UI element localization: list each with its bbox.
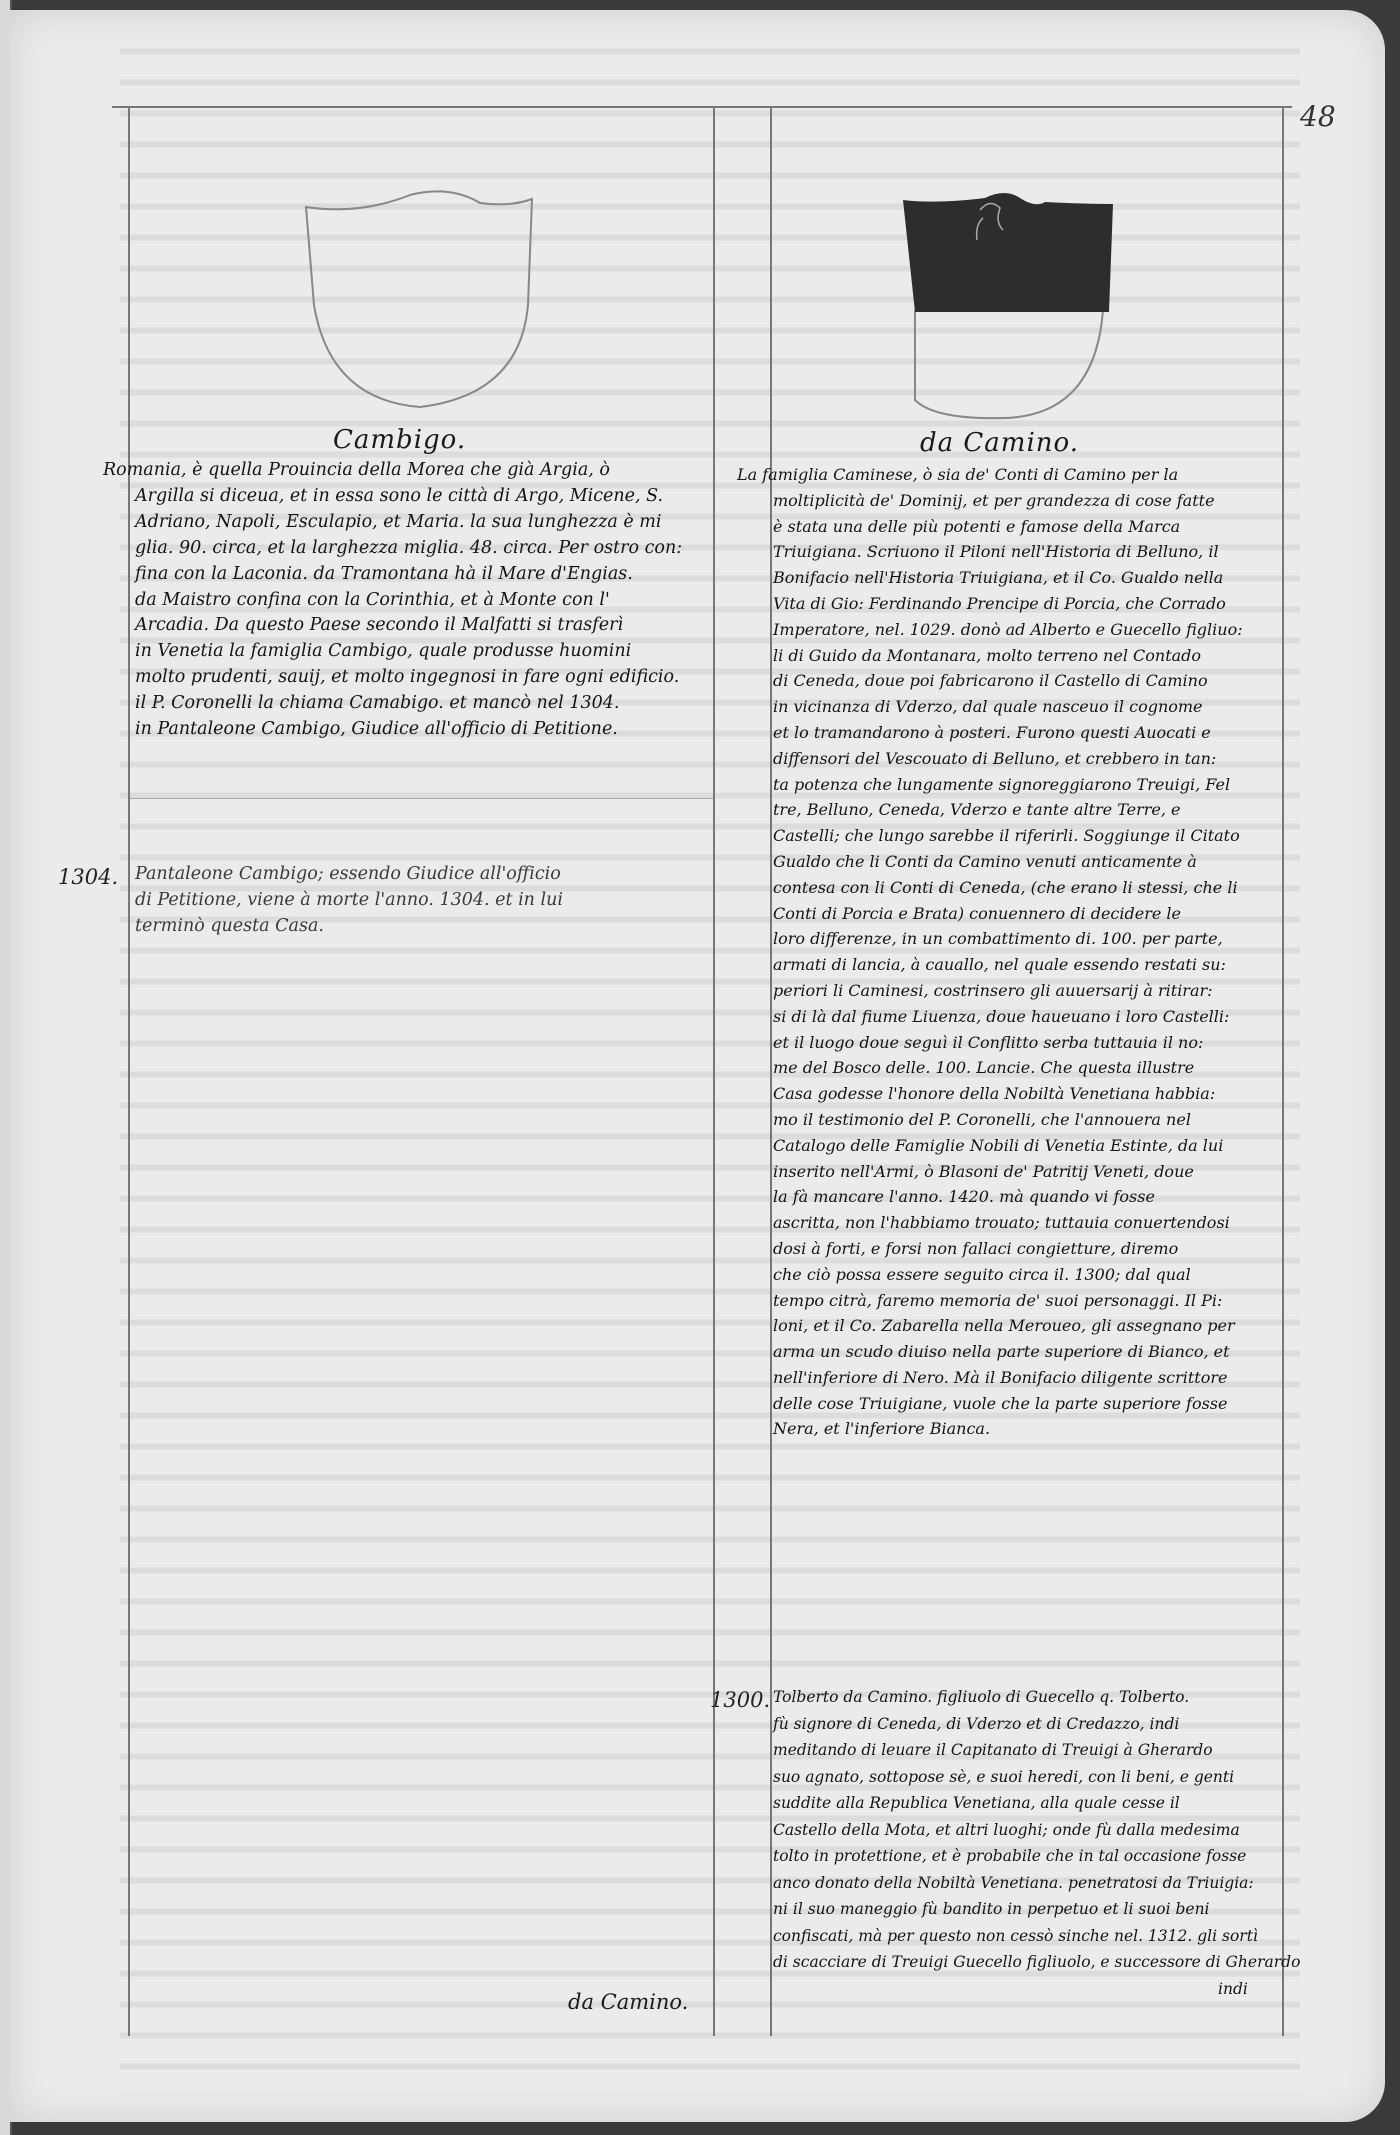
- da-camino-entry-1300: Tolberto da Camino. figliuolo di Guecell…: [773, 1684, 1283, 2002]
- text-line: di scacciare di Treuigi Guecello figliuo…: [773, 1949, 1283, 1976]
- text-line: tempo citrà, faremo memoria de' suoi per…: [773, 1288, 1283, 1314]
- text-line: di Ceneda, doue poi fabricarono il Caste…: [773, 668, 1283, 694]
- text-line: Bonifacio nell'Historia Triuigiana, et i…: [773, 565, 1283, 591]
- ruled-column-divider-right: [770, 106, 772, 2036]
- text-line: è stata una delle più potenti e famose d…: [773, 514, 1283, 540]
- text-line: il P. Coronelli la chiama Camabigo. et m…: [135, 691, 710, 717]
- text-line: Casa godesse l'honore della Nobiltà Vene…: [773, 1081, 1283, 1107]
- ruled-top-margin: [112, 106, 1292, 108]
- family-title-cambigo: Cambigo.: [333, 425, 466, 455]
- text-line: meditando di leuare il Capitanato di Tre…: [773, 1737, 1283, 1764]
- text-line: dosi à forti, e forsi non fallaci congie…: [773, 1236, 1283, 1262]
- cambigo-entry-1304: Pantaleone Cambigo; essendo Giudice all'…: [135, 862, 710, 940]
- text-line: Imperatore, nel. 1029. donò ad Alberto e…: [773, 617, 1283, 643]
- text-line: inserito nell'Armi, ò Blasoni de' Patrit…: [773, 1159, 1283, 1185]
- empty-shield-outline-icon: [300, 185, 536, 410]
- text-line: ascritta, non l'habbiamo trouato; tuttau…: [773, 1210, 1283, 1236]
- text-line: Tolberto da Camino. figliuolo di Guecell…: [773, 1684, 1283, 1711]
- text-line: molto prudenti, sauij, et molto ingegnos…: [135, 665, 710, 691]
- text-line: fina con la Laconia. da Tramontana hà il…: [135, 562, 710, 588]
- text-line: contesa con li Conti di Ceneda, (che era…: [773, 875, 1283, 901]
- text-line: mo il testimonio del P. Coronelli, che l…: [773, 1107, 1283, 1133]
- text-line: ta potenza che lungamente signoreggiaron…: [773, 772, 1283, 798]
- text-line: Arcadia. Da questo Paese secondo il Malf…: [135, 613, 710, 639]
- text-line: Romania, è quella Prouincia della Morea …: [103, 458, 710, 484]
- folio-number: 48: [1300, 100, 1336, 133]
- section-separator: [130, 798, 713, 799]
- shield-chief-sable-icon: [895, 190, 1125, 420]
- text-line: in Pantaleone Cambigo, Giudice all'offic…: [135, 717, 710, 743]
- text-line: si di là dal fiume Liuenza, doue haueuan…: [773, 1004, 1283, 1030]
- text-line: Gualdo che li Conti da Camino venuti ant…: [773, 849, 1283, 875]
- entry-year: 1300.: [710, 1688, 770, 1712]
- text-line: et lo tramandarono à posteri. Furono que…: [773, 720, 1283, 746]
- text-line: arma un scudo diuiso nella parte superio…: [773, 1339, 1283, 1365]
- text-line: armati di lancia, à cauallo, nel quale e…: [773, 952, 1283, 978]
- text-line: tre, Belluno, Ceneda, Vderzo e tante alt…: [773, 797, 1283, 823]
- text-line: di Petitione, viene à morte l'anno. 1304…: [135, 888, 710, 914]
- text-line: diffensori del Vescouato di Belluno, et …: [773, 746, 1283, 772]
- text-line: anco donato della Nobiltà Venetiana. pen…: [773, 1870, 1283, 1897]
- ruled-column-divider-left: [713, 106, 715, 2036]
- text-line: suo agnato, sottopose sè, e suoi heredi,…: [773, 1764, 1283, 1791]
- text-line: Vita di Gio: Ferdinando Prencipe di Porc…: [773, 591, 1283, 617]
- text-line: me del Bosco delle. 100. Lancie. Che que…: [773, 1055, 1283, 1081]
- text-line: la fà mancare l'anno. 1420. mà quando vi…: [773, 1184, 1283, 1210]
- text-line: Castelli; che lungo sarebbe il riferirli…: [773, 823, 1283, 849]
- text-line: suddite alla Republica Venetiana, alla q…: [773, 1790, 1283, 1817]
- text-line: Pantaleone Cambigo; essendo Giudice all'…: [135, 862, 710, 888]
- text-line: Nera, et l'inferiore Bianca.: [773, 1416, 1283, 1442]
- da-camino-description: La famiglia Caminese, ò sia de' Conti di…: [773, 462, 1283, 1442]
- text-line: in Venetia la famiglia Cambigo, quale pr…: [135, 639, 710, 665]
- text-line: nell'inferiore di Nero. Mà il Bonifacio …: [773, 1365, 1283, 1391]
- entry-year: 1304.: [58, 865, 118, 889]
- text-line: Catalogo delle Famiglie Nobili di Veneti…: [773, 1133, 1283, 1159]
- text-line: ni il suo maneggio fù bandito in perpetu…: [773, 1896, 1283, 1923]
- text-line: che ciò possa essere seguito circa il. 1…: [773, 1262, 1283, 1288]
- text-line: Triuigiana. Scriuono il Piloni nell'Hist…: [773, 539, 1283, 565]
- text-line: li di Guido da Montanara, molto terreno …: [773, 643, 1283, 669]
- text-line: loro differenze, in un combattimento di.…: [773, 926, 1283, 952]
- catchword: da Camino.: [568, 1990, 688, 2014]
- text-line: in vicinanza di Vderzo, dal quale nasceu…: [773, 694, 1283, 720]
- text-line: loni, et il Co. Zabarella nella Meroueo,…: [773, 1313, 1283, 1339]
- text-line: confiscati, mà per questo non cessò sinc…: [773, 1923, 1283, 1950]
- text-line: Castello della Mota, et altri luoghi; on…: [773, 1817, 1283, 1844]
- text-line: da Maistro confina con la Corinthia, et …: [135, 588, 710, 614]
- family-title-da-camino: da Camino.: [920, 428, 1079, 458]
- ruled-left-margin: [128, 106, 130, 2036]
- text-line: Conti di Porcia e Brata) conuennero di d…: [773, 901, 1283, 927]
- text-line: terminò questa Casa.: [135, 914, 710, 940]
- text-line: Argilla si diceua, et in essa sono le ci…: [135, 484, 710, 510]
- text-line: et il luogo doue seguì il Conflitto serb…: [773, 1030, 1283, 1056]
- text-line: Adriano, Napoli, Esculapio, et Maria. la…: [135, 510, 710, 536]
- cambigo-description: Romania, è quella Prouincia della Morea …: [135, 458, 710, 743]
- text-line: moltiplicità de' Dominij, et per grandez…: [773, 488, 1283, 514]
- text-line: indi: [773, 1976, 1283, 2003]
- text-line: periori li Caminesi, costrinsero gli auu…: [773, 978, 1283, 1004]
- text-line: tolto in protettione, et è probabile che…: [773, 1843, 1283, 1870]
- text-line: glia. 90. circa, et la larghezza miglia.…: [135, 536, 710, 562]
- text-line: La famiglia Caminese, ò sia de' Conti di…: [737, 462, 1283, 488]
- text-line: delle cose Triuigiane, vuole che la part…: [773, 1391, 1283, 1417]
- text-line: fù signore di Ceneda, di Vderzo et di Cr…: [773, 1711, 1283, 1738]
